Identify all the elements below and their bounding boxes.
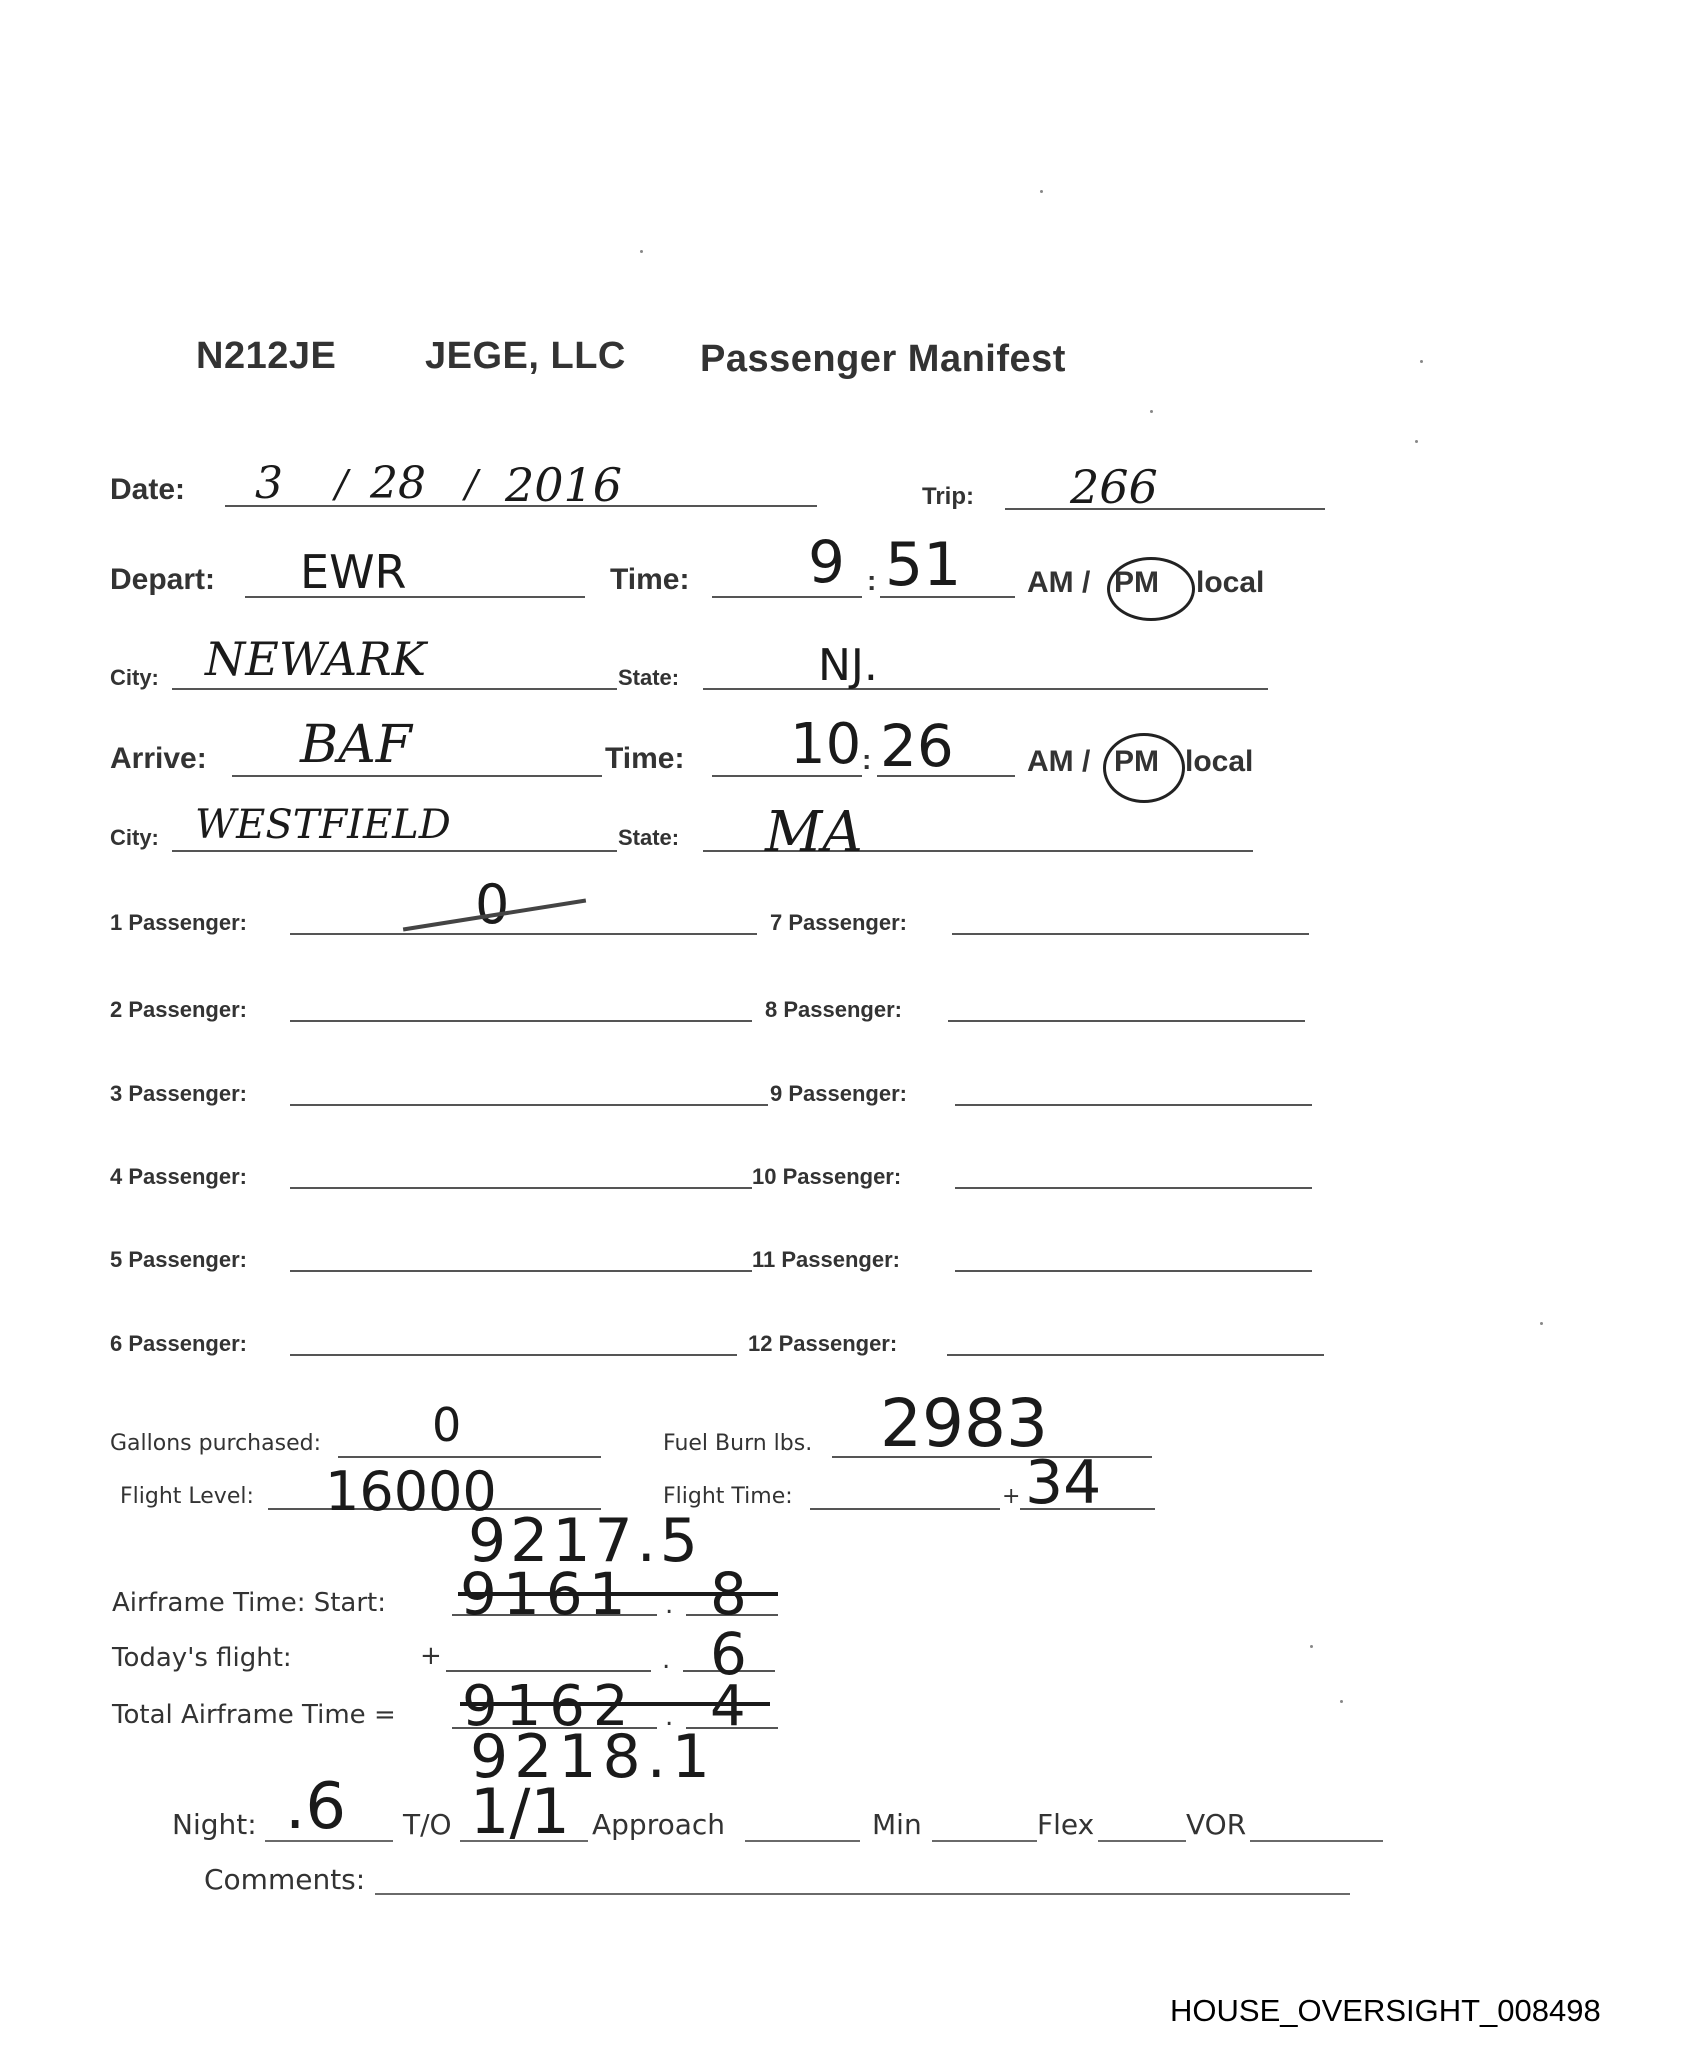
passenger-1-value: 0 — [475, 873, 509, 936]
passenger-1-label: 1 Passenger: — [110, 910, 247, 936]
airframe-start-strikethrough — [458, 1592, 778, 1596]
passenger-11-field[interactable] — [955, 1270, 1312, 1272]
airframe-start-label: Airframe Time: Start: — [112, 1588, 386, 1618]
todays-flight-plus: + — [420, 1641, 442, 1671]
scan-speck — [1540, 1322, 1543, 1325]
arrive-pm-selected-circle — [1103, 733, 1185, 803]
passenger-11-label: 11 Passenger: — [752, 1247, 900, 1273]
arrive-underline — [232, 775, 602, 777]
passenger-10-label: 10 Passenger: — [752, 1164, 901, 1190]
arrive-airport[interactable]: BAF — [300, 715, 412, 775]
depart-time-colon: : — [867, 565, 876, 597]
depart-city-underline — [172, 688, 617, 690]
trip-label: Trip: — [922, 483, 974, 511]
arrive-time-label: Time: — [605, 742, 684, 776]
depart-state-underline — [703, 688, 1268, 690]
date-month[interactable]: 3 — [255, 458, 283, 509]
passenger-8-field[interactable] — [948, 1020, 1305, 1022]
arrive-time-hour[interactable]: 10 — [790, 712, 861, 777]
passenger-5-label: 5 Passenger: — [110, 1247, 247, 1273]
depart-city-label: City: — [110, 665, 159, 691]
scan-speck — [1420, 360, 1423, 363]
passenger-5-field[interactable] — [290, 1270, 752, 1272]
arrive-label: Arrive: — [110, 742, 207, 776]
fuel-burn-label: Fuel Burn lbs. — [663, 1431, 812, 1456]
depart-time-label: Time: — [610, 563, 689, 597]
tail-number: N212JE — [196, 335, 336, 378]
depart-state-value[interactable]: NJ. — [818, 640, 878, 691]
passenger-4-label: 4 Passenger: — [110, 1164, 247, 1190]
passenger-7-field[interactable] — [952, 933, 1309, 935]
date-sep-2: / — [465, 462, 478, 506]
depart-time-hour[interactable]: 9 — [808, 528, 845, 596]
trip-value[interactable]: 266 — [1070, 460, 1158, 514]
passenger-2-field[interactable] — [290, 1020, 752, 1022]
depart-airport[interactable]: EWR — [300, 545, 407, 599]
gallons-value[interactable]: 0 — [432, 1398, 461, 1452]
approach-label: Approach — [592, 1808, 725, 1841]
todays-flight-decimal: . — [662, 1645, 670, 1675]
date-label: Date: — [110, 473, 185, 507]
arrive-local-label: local — [1185, 745, 1253, 779]
depart-local-label: local — [1196, 566, 1264, 600]
flex-label: Flex — [1037, 1808, 1094, 1841]
depart-label: Depart: — [110, 563, 215, 597]
min-label: Min — [872, 1808, 922, 1841]
arrive-time-colon: : — [862, 744, 871, 776]
passenger-2-label: 2 Passenger: — [110, 997, 247, 1023]
arrive-city-label: City: — [110, 825, 159, 851]
scan-speck — [1150, 410, 1153, 413]
approach-underline[interactable] — [745, 1840, 860, 1842]
passenger-12-label: 12 Passenger: — [748, 1331, 897, 1357]
todays-flight-whole-underline — [446, 1670, 651, 1672]
total-airframe-strikethrough — [460, 1702, 770, 1706]
passenger-6-field[interactable] — [290, 1354, 737, 1356]
document-title: Passenger Manifest — [700, 338, 1066, 381]
arrive-city-value[interactable]: WESTFIELD — [195, 802, 451, 848]
depart-pm-selected-circle — [1107, 557, 1195, 621]
vor-underline[interactable] — [1250, 1840, 1383, 1842]
arrive-city-underline — [172, 850, 617, 852]
date-day[interactable]: 28 — [370, 458, 426, 509]
fuel-burn-value[interactable]: 2983 — [880, 1385, 1048, 1462]
min-underline[interactable] — [932, 1840, 1037, 1842]
night-value[interactable]: .6 — [285, 1770, 346, 1844]
trip-underline — [1005, 508, 1325, 510]
night-label: Night: — [172, 1808, 257, 1841]
passenger-10-field[interactable] — [955, 1187, 1312, 1189]
scan-speck — [1040, 190, 1043, 193]
depart-city-value[interactable]: NEWARK — [205, 632, 426, 686]
passenger-12-field[interactable] — [947, 1354, 1324, 1356]
depart-state-label: State: — [618, 665, 679, 691]
company-name: JEGE, LLC — [425, 335, 626, 378]
flex-underline[interactable] — [1098, 1840, 1186, 1842]
flight-time-plus: + — [1002, 1484, 1020, 1509]
passenger-6-label: 6 Passenger: — [110, 1331, 247, 1357]
depart-underline — [245, 596, 585, 598]
gallons-underline — [338, 1456, 601, 1458]
vor-label: VOR — [1186, 1808, 1246, 1841]
takeoff-value[interactable]: 1/1 — [470, 1775, 570, 1848]
passenger-4-field[interactable] — [290, 1187, 752, 1189]
date-sep-1: / — [335, 462, 348, 506]
arrive-time-minute[interactable]: 26 — [880, 712, 954, 780]
depart-time-hour-underline — [712, 596, 862, 598]
passenger-8-label: 8 Passenger: — [765, 997, 902, 1023]
todays-flight-label: Today's flight: — [112, 1643, 292, 1673]
passenger-7-label: 7 Passenger: — [770, 910, 907, 936]
passenger-9-field[interactable] — [955, 1104, 1312, 1106]
scan-speck — [1415, 440, 1418, 443]
arrive-am-label: AM / — [1027, 745, 1090, 779]
total-airframe-label: Total Airframe Time = — [112, 1700, 396, 1730]
comments-label: Comments: — [204, 1863, 365, 1896]
scan-speck — [1310, 1645, 1313, 1648]
depart-am-label: AM / — [1027, 566, 1090, 600]
date-year[interactable]: 2016 — [505, 458, 622, 512]
scan-speck — [640, 250, 643, 253]
passenger-1-field[interactable] — [290, 933, 757, 935]
passenger-9-label: 9 Passenger: — [770, 1081, 907, 1107]
passenger-3-label: 3 Passenger: — [110, 1081, 247, 1107]
flight-time-hours-underline — [810, 1508, 1000, 1510]
flight-time-value[interactable]: 34 — [1025, 1448, 1101, 1518]
takeoff-label: T/O — [403, 1808, 452, 1841]
flight-level-label: Flight Level: — [120, 1484, 254, 1509]
comments-field[interactable] — [375, 1893, 1350, 1895]
scan-speck — [1340, 1700, 1343, 1703]
passenger-3-field[interactable] — [290, 1104, 768, 1106]
arrive-state-value[interactable]: MA — [765, 800, 863, 865]
depart-time-minute[interactable]: 51 — [885, 530, 961, 600]
gallons-label: Gallons purchased: — [110, 1431, 321, 1456]
arrive-state-label: State: — [618, 825, 679, 851]
bates-number: HOUSE_OVERSIGHT_008498 — [1170, 1993, 1601, 2029]
